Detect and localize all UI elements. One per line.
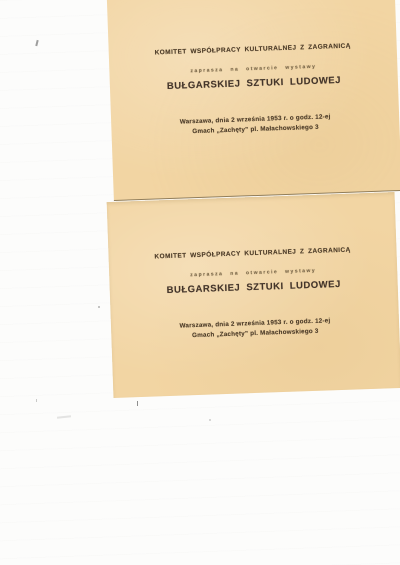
scan-speck: [98, 306, 100, 308]
scan-speck: [137, 401, 138, 406]
invitation-card-top: KOMITET WSPÓŁPRACY KULTURALNEJ Z ZAGRANI…: [106, 0, 400, 201]
organization-name: KOMITET WSPÓŁPRACY KULTURALNEJ Z ZAGRANI…: [109, 245, 397, 263]
invitation-card-bottom: KOMITET WSPÓŁPRACY KULTURALNEJ Z ZAGRANI…: [107, 192, 400, 398]
scan-speck: [36, 399, 37, 402]
organization-name: KOMITET WSPÓŁPRACY KULTURALNEJ Z ZAGRANI…: [109, 41, 397, 59]
exhibition-title: BUŁGARSKIEJ SZTUKI LUDOWEJ: [110, 73, 398, 94]
scan-speck: [35, 40, 38, 46]
scan-speck: [209, 419, 211, 421]
scan-speck: [57, 415, 71, 418]
exhibition-title: BUŁGARSKIEJ SZTUKI LUDOWEJ: [110, 277, 398, 298]
scanned-page: KOMITET WSPÓŁPRACY KULTURALNEJ Z ZAGRANI…: [0, 0, 400, 565]
